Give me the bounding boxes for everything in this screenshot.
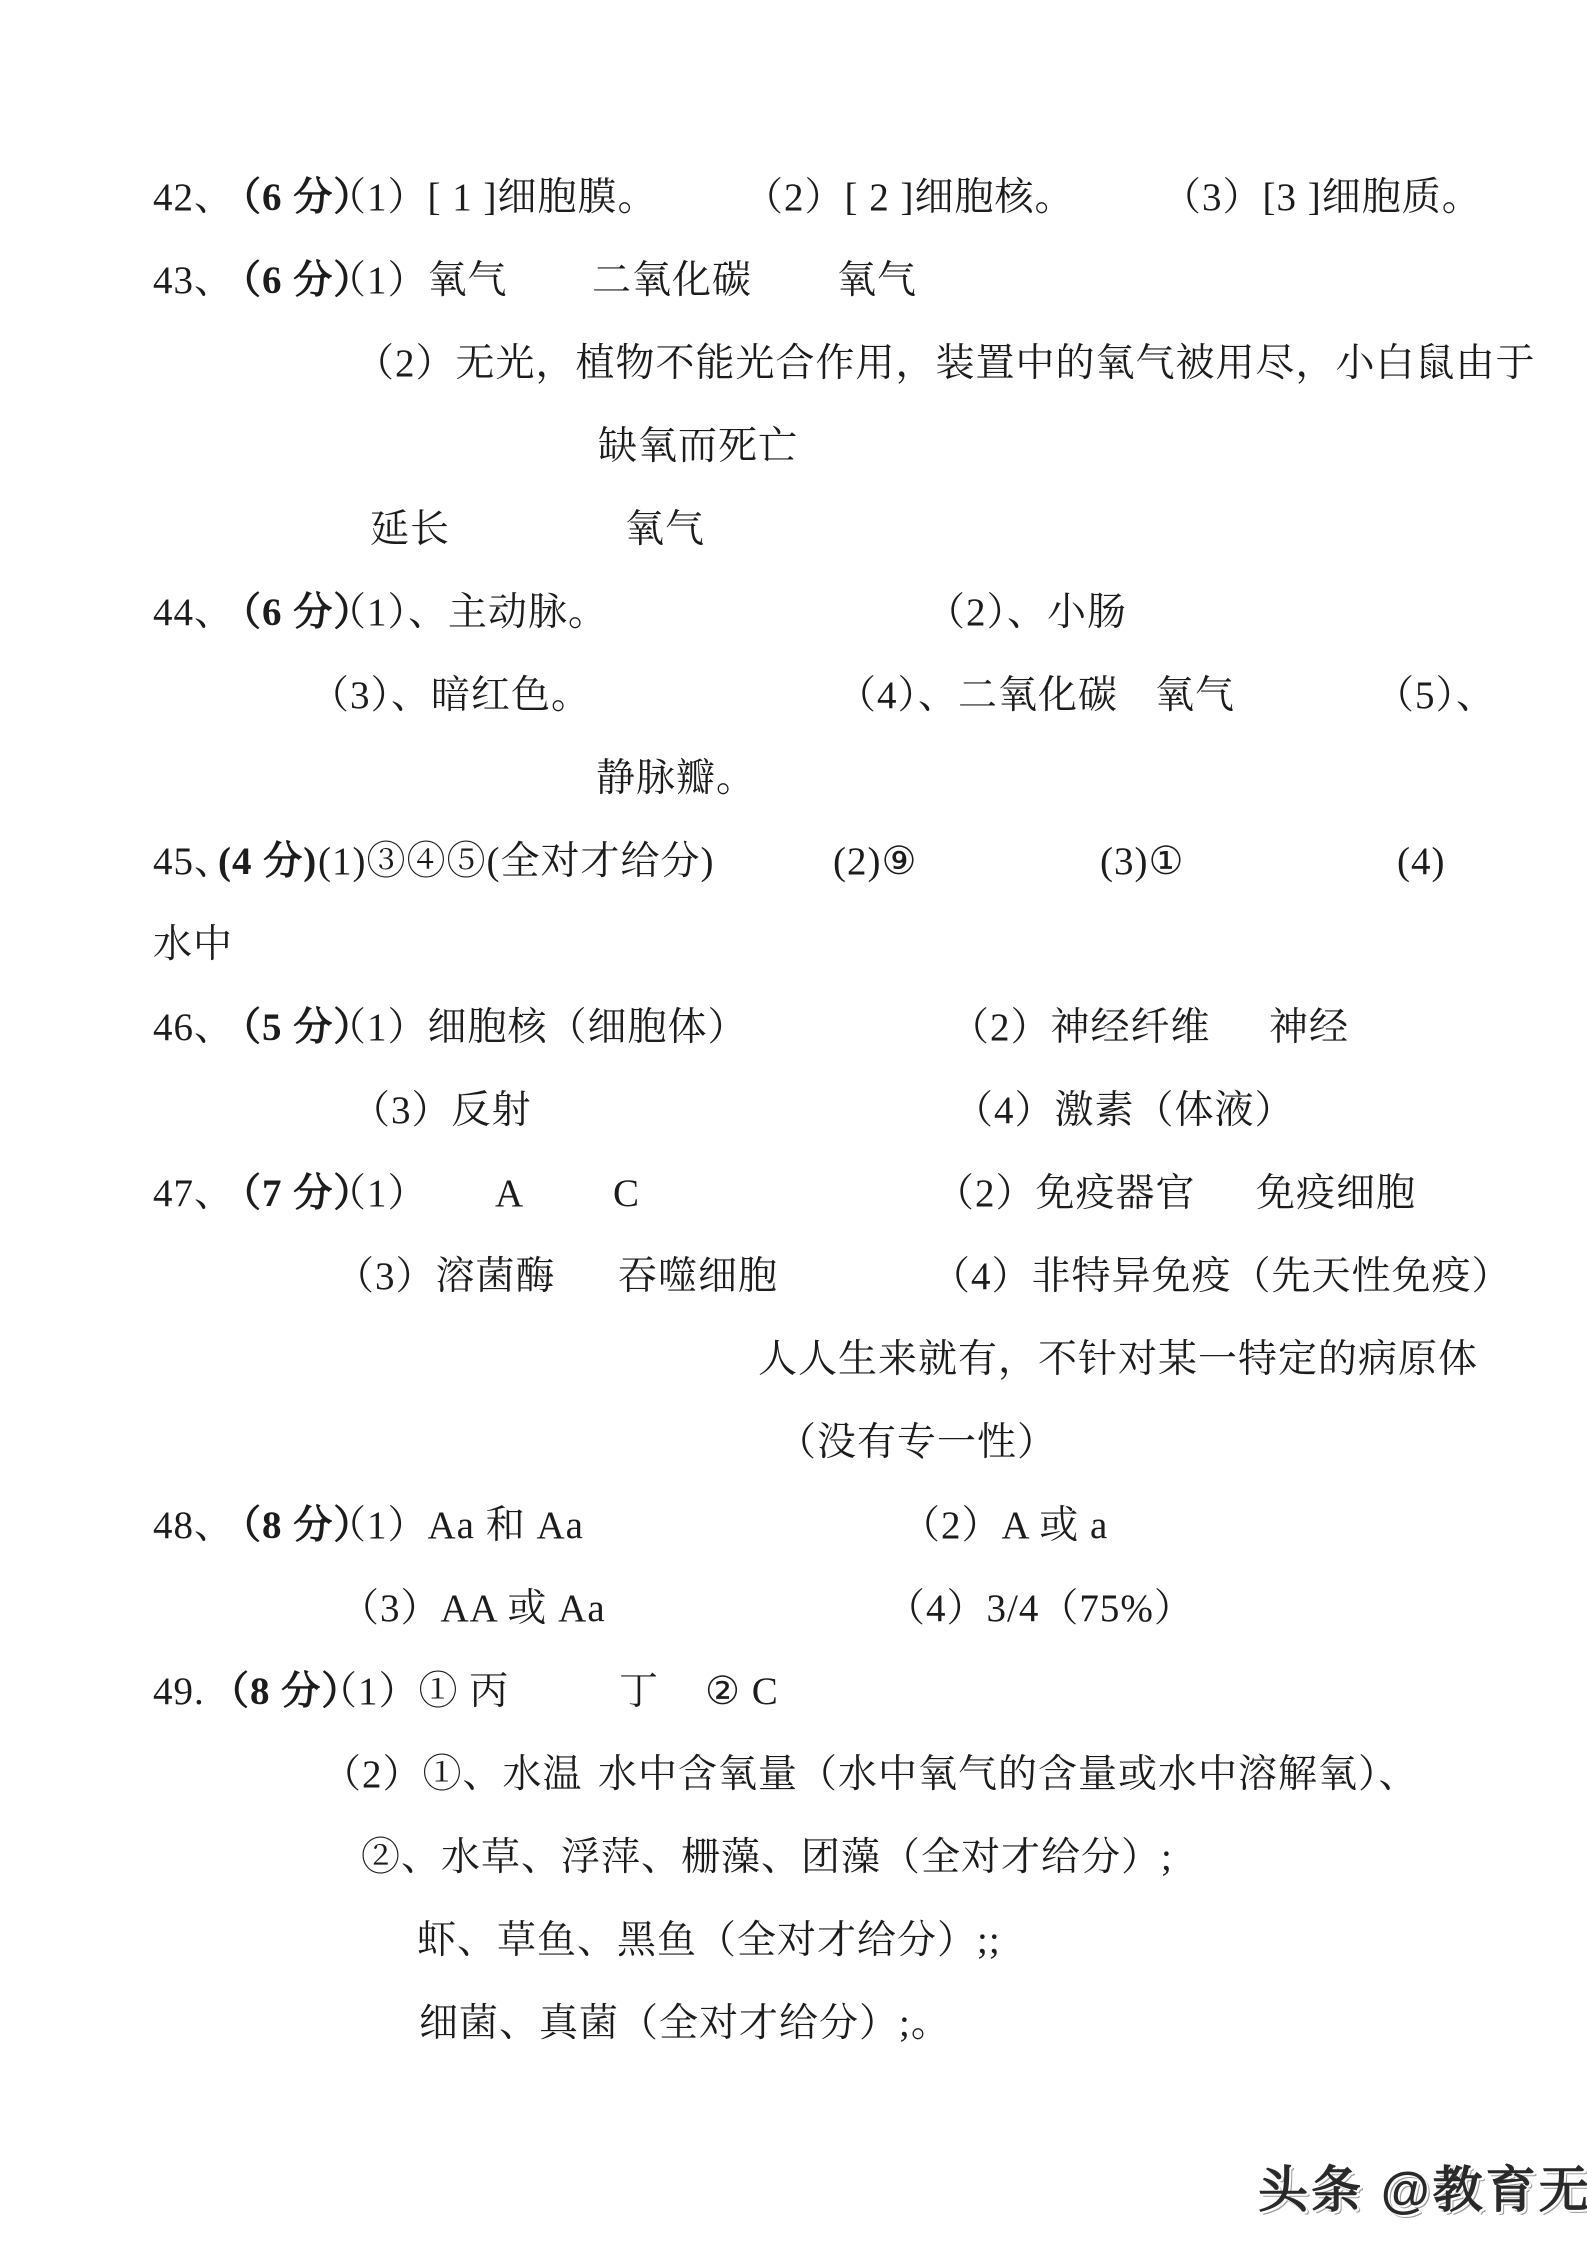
- answer-text: 免疫细胞: [1256, 1171, 1416, 1217]
- answer-line: 虾、草鱼、黑鱼（全对才给分）;;: [0, 1918, 1587, 1966]
- answer-text: A: [495, 1171, 524, 1217]
- answer-text: 氧气: [1155, 673, 1235, 719]
- answer-text: C: [613, 1171, 640, 1217]
- answer-text: 水中含氧量（水中氧气的含量或水中溶解氧）、: [598, 1752, 1419, 1798]
- answer-text: （3）溶菌酶: [335, 1254, 556, 1300]
- answer-line: 细菌、真菌（全对才给分）;。: [0, 2001, 1587, 2049]
- answer-text: （1）[ 1 ]细胞膜。: [327, 175, 657, 221]
- answer-text: (1)③④⑤(全对才给分): [318, 839, 714, 885]
- answer-text: (2)⑨: [833, 839, 917, 885]
- answer-text: （2）[ 2 ]细胞核。: [744, 175, 1074, 221]
- answer-text: （1）Aa 和 Aa: [327, 1503, 584, 1549]
- answer-text: (4): [1397, 839, 1445, 885]
- answer-text: （1）细胞核（细胞体）: [327, 1005, 748, 1051]
- answer-text: 水中: [153, 922, 233, 968]
- answer-text: (3)①: [1100, 839, 1184, 885]
- answer-line-46: 46、 （5 分） （1）细胞核（细胞体） （2）神经纤维 神经: [0, 1005, 1587, 1053]
- answer-text: （1）: [327, 1171, 428, 1217]
- answer-sheet-page: 42、 （6 分） （1）[ 1 ]细胞膜。 （2）[ 2 ]细胞核。 （3）[…: [0, 0, 1587, 2245]
- answer-text: （没有专一性）: [777, 1420, 1057, 1466]
- watermark: 头条 @教育无垠: [1258, 2150, 1587, 2222]
- answer-line: （3）溶菌酶 吞噬细胞 （4）非特异免疫（先天性免疫）: [0, 1254, 1587, 1302]
- answer-text: （3）、暗红色。: [310, 673, 591, 719]
- answer-line: （3）AA 或 Aa （4）3/4（75%）: [0, 1586, 1587, 1634]
- answer-line: （3）反射 （4）激素（体液）: [0, 1088, 1587, 1136]
- answer-text: （4）激素（体液）: [954, 1088, 1295, 1134]
- answer-text: 丁: [619, 1669, 659, 1715]
- answer-line-42: 42、 （6 分） （1）[ 1 ]细胞膜。 （2）[ 2 ]细胞核。 （3）[…: [0, 175, 1587, 223]
- answer-text: ②、水草、浮萍、栅藻、团藻（全对才给分）;: [361, 1835, 1173, 1881]
- answer-line: （2）①、水温 水中含氧量（水中氧气的含量或水中溶解氧）、: [0, 1752, 1587, 1800]
- answer-line-47: 47、 （7 分） （1） A C （2）免疫器官 免疫细胞: [0, 1171, 1587, 1219]
- answer-line-49: 49. （8 分） （1）① 丙 丁 ② C: [0, 1669, 1587, 1717]
- score-label: (4 分): [218, 839, 317, 885]
- answer-text: 虾、草鱼、黑鱼（全对才给分）;;: [417, 1918, 1001, 1964]
- answer-text: ② C: [705, 1669, 779, 1715]
- answer-text: （2）①、水温: [322, 1752, 583, 1798]
- answer-text: （1）① 丙: [318, 1669, 509, 1715]
- answer-text: （5）、: [1375, 673, 1496, 719]
- answer-line: 静脉瓣。: [0, 756, 1587, 804]
- answer-line: （3）、暗红色。 （4）、二氧化碳 氧气 （5）、: [0, 673, 1587, 721]
- answer-text: 氧气: [837, 258, 917, 304]
- answer-line-45: 45、 (4 分) (1)③④⑤(全对才给分) (2)⑨ (3)① (4): [0, 839, 1587, 887]
- answer-line: 人人生来就有，不针对某一特定的病原体: [0, 1337, 1587, 1385]
- answer-text: 吞噬细胞: [618, 1254, 778, 1300]
- answer-line: 延长 氧气: [0, 507, 1587, 555]
- answer-text: 二氧化碳: [592, 258, 752, 304]
- answer-text: （3）反射: [351, 1088, 532, 1134]
- answer-line: （2）无光，植物不能光合作用，装置中的氧气被用尽，小白鼠由于: [0, 341, 1587, 389]
- answer-text: （1）氧气: [327, 258, 508, 304]
- answer-line-43: 43、 （6 分） （1）氧气 二氧化碳 氧气: [0, 258, 1587, 306]
- answer-text: （3）AA 或 Aa: [340, 1586, 606, 1632]
- answer-line: ②、水草、浮萍、栅藻、团藻（全对才给分）;: [0, 1835, 1587, 1883]
- answer-line-48: 48、 （8 分） （1）Aa 和 Aa （2）A 或 a: [0, 1503, 1587, 1551]
- answer-text: （4）非特异免疫（先天性免疫）: [931, 1254, 1512, 1300]
- answer-text: 静脉瓣。: [596, 756, 756, 802]
- answer-text: 人人生来就有，不针对某一特定的病原体: [758, 1337, 1478, 1383]
- answer-text: 缺氧而死亡: [598, 424, 798, 470]
- answer-text: （4）、二氧化碳: [837, 673, 1118, 719]
- answer-text: （2）免疫器官: [935, 1171, 1196, 1217]
- answer-line: 缺氧而死亡: [0, 424, 1587, 472]
- answer-text: 细菌、真菌（全对才给分）;。: [419, 2001, 951, 2047]
- answer-text: （3）[3 ]细胞质。: [1162, 175, 1482, 221]
- answer-text: （2）、小肠: [926, 590, 1127, 636]
- answer-text: （2）无光，植物不能光合作用，装置中的氧气被用尽，小白鼠由于: [355, 341, 1536, 387]
- answer-line-44: 44、 （6 分） （1）、主动脉。 （2）、小肠: [0, 590, 1587, 638]
- answer-text: （2）神经纤维: [950, 1005, 1211, 1051]
- answer-text: （1）、主动脉。: [327, 590, 608, 636]
- answer-text: （4）3/4（75%）: [886, 1586, 1194, 1632]
- answer-text: 延长: [370, 507, 450, 553]
- answer-line: 水中: [0, 922, 1587, 970]
- answer-text: 氧气: [625, 507, 705, 553]
- question-number: 49.: [153, 1669, 205, 1715]
- answer-line: （没有专一性）: [0, 1420, 1587, 1468]
- answer-text: 神经: [1269, 1005, 1349, 1051]
- answer-text: （2）A 或 a: [901, 1503, 1108, 1549]
